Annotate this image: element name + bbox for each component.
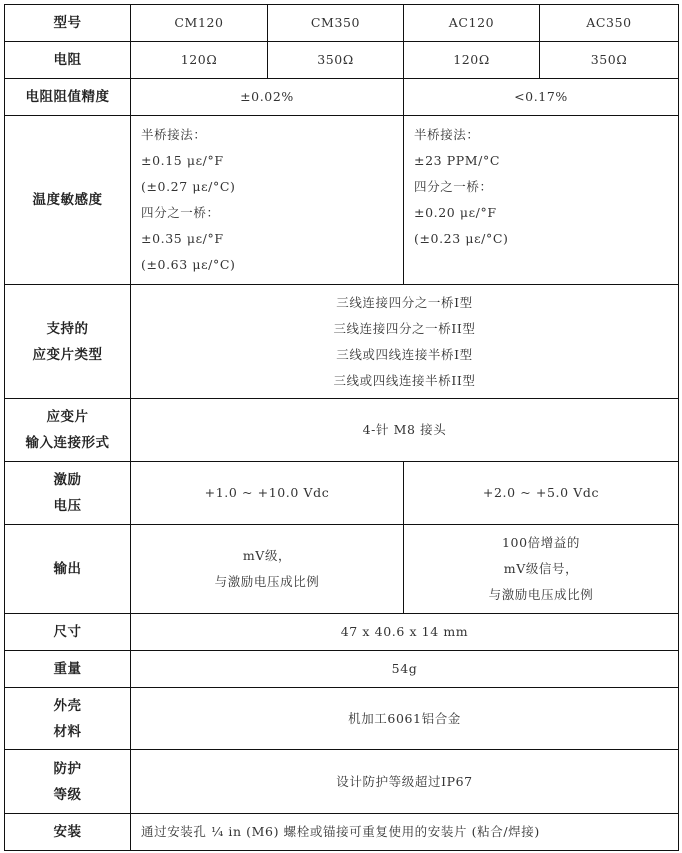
row-protection-rating: 防护 等级 设计防护等级超过IP67 (5, 750, 679, 814)
label-model: 型号 (5, 5, 131, 42)
output-line: mV级信号， (412, 556, 670, 582)
resistance-accuracy-cm: ±0.02% (131, 79, 404, 116)
temp-ac-line: 半桥接法： (414, 122, 670, 148)
resistance-ac120: 120Ω (404, 42, 540, 79)
row-temperature-sensitivity: 温度敏感度 半桥接法： ±0.15 με/°F (±0.27 με/°C) 四分… (5, 116, 679, 285)
label-mounting: 安装 (5, 814, 131, 851)
label-line: 应变片类型 (13, 342, 122, 368)
output-cm: mV级， 与激励电压成比例 (131, 525, 404, 614)
label-resistance: 电阻 (5, 42, 131, 79)
model-ac120: AC120 (404, 5, 540, 42)
label-line: 等级 (13, 782, 122, 808)
row-mounting: 安装 通过安装孔 ¼ in (M6) 螺栓或锚接可重复使用的安装片 (粘合/焊接… (5, 814, 679, 851)
weight-value: 54g (131, 651, 679, 688)
temperature-sensitivity-cm: 半桥接法： ±0.15 με/°F (±0.27 με/°C) 四分之一桥： ±… (131, 116, 404, 285)
gauge-type-item: 三线连接四分之一桥II型 (139, 316, 670, 342)
resistance-cm350: 350Ω (268, 42, 404, 79)
row-model: 型号 CM120 CM350 AC120 AC350 (5, 5, 679, 42)
gauge-type-item: 三线连接四分之一桥I型 (139, 290, 670, 316)
resistance-cm120: 120Ω (131, 42, 268, 79)
label-output: 输出 (5, 525, 131, 614)
label-line: 防护 (13, 756, 122, 782)
label-gauge-input-connection: 应变片 输入连接形式 (5, 399, 131, 462)
output-line: 与激励电压成比例 (412, 582, 670, 608)
resistance-ac350: 350Ω (540, 42, 679, 79)
label-housing-material: 外壳 材料 (5, 688, 131, 750)
row-weight: 重量 54g (5, 651, 679, 688)
excitation-voltage-ac: +2.0 ~ +5.0 Vdc (404, 462, 679, 525)
excitation-voltage-cm: +1.0 ~ +10.0 Vdc (131, 462, 404, 525)
label-protection-rating: 防护 等级 (5, 750, 131, 814)
output-line: 与激励电压成比例 (139, 569, 395, 595)
label-supported-gauge-types: 支持的 应变片类型 (5, 285, 131, 399)
temp-ac-line: ±23 PPM/°C (414, 148, 670, 174)
label-resistance-accuracy: 电阻阻值精度 (5, 79, 131, 116)
temp-cm-line: 半桥接法： (141, 122, 395, 148)
label-line: 激励 (13, 467, 122, 493)
temp-ac-line: 四分之一桥： (414, 174, 670, 200)
row-resistance: 电阻 120Ω 350Ω 120Ω 350Ω (5, 42, 679, 79)
row-housing-material: 外壳 材料 机加工6061铝合金 (5, 688, 679, 750)
supported-gauge-types-value: 三线连接四分之一桥I型 三线连接四分之一桥II型 三线或四线连接半桥I型 三线或… (131, 285, 679, 399)
label-temperature-sensitivity: 温度敏感度 (5, 116, 131, 285)
label-line: 支持的 (13, 316, 122, 342)
gauge-type-item: 三线或四线连接半桥II型 (139, 368, 670, 394)
output-line: 100倍增益的 (412, 530, 670, 556)
output-line: mV级， (139, 543, 395, 569)
row-supported-gauge-types: 支持的 应变片类型 三线连接四分之一桥I型 三线连接四分之一桥II型 三线或四线… (5, 285, 679, 399)
model-cm350: CM350 (268, 5, 404, 42)
label-excitation-voltage: 激励 电压 (5, 462, 131, 525)
temp-cm-line: ±0.35 με/°F (141, 226, 395, 252)
model-cm120: CM120 (131, 5, 268, 42)
housing-material-value: 机加工6061铝合金 (131, 688, 679, 750)
temp-cm-line: ±0.15 με/°F (141, 148, 395, 174)
row-output: 输出 mV级， 与激励电压成比例 100倍增益的 mV级信号， 与激励电压成比例 (5, 525, 679, 614)
mounting-value: 通过安装孔 ¼ in (M6) 螺栓或锚接可重复使用的安装片 (粘合/焊接) (131, 814, 679, 851)
temperature-sensitivity-ac: 半桥接法： ±23 PPM/°C 四分之一桥： ±0.20 με/°F (±0.… (404, 116, 679, 285)
label-dimensions: 尺寸 (5, 614, 131, 651)
output-ac: 100倍增益的 mV级信号， 与激励电压成比例 (404, 525, 679, 614)
label-line: 材料 (13, 719, 122, 745)
row-resistance-accuracy: 电阻阻值精度 ±0.02% <0.17% (5, 79, 679, 116)
dimensions-value: 47 x 40.6 x 14 mm (131, 614, 679, 651)
temp-cm-line: (±0.27 με/°C) (141, 174, 395, 200)
protection-rating-value: 设计防护等级超过IP67 (131, 750, 679, 814)
resistance-accuracy-ac: <0.17% (404, 79, 679, 116)
label-line: 外壳 (13, 693, 122, 719)
row-dimensions: 尺寸 47 x 40.6 x 14 mm (5, 614, 679, 651)
temp-cm-line: (±0.63 με/°C) (141, 252, 395, 278)
label-line: 电压 (13, 493, 122, 519)
label-line: 输入连接形式 (13, 430, 122, 456)
temp-ac-line: (±0.23 με/°C) (414, 226, 670, 252)
gauge-type-item: 三线或四线连接半桥I型 (139, 342, 670, 368)
spec-table: 型号 CM120 CM350 AC120 AC350 电阻 120Ω 350Ω … (4, 4, 679, 851)
model-ac350: AC350 (540, 5, 679, 42)
label-line: 应变片 (13, 404, 122, 430)
row-gauge-input-connection: 应变片 输入连接形式 4-针 M8 接头 (5, 399, 679, 462)
row-excitation-voltage: 激励 电压 +1.0 ~ +10.0 Vdc +2.0 ~ +5.0 Vdc (5, 462, 679, 525)
gauge-input-connection-value: 4-针 M8 接头 (131, 399, 679, 462)
temp-cm-line: 四分之一桥： (141, 200, 395, 226)
label-weight: 重量 (5, 651, 131, 688)
temp-ac-line: ±0.20 με/°F (414, 200, 670, 226)
